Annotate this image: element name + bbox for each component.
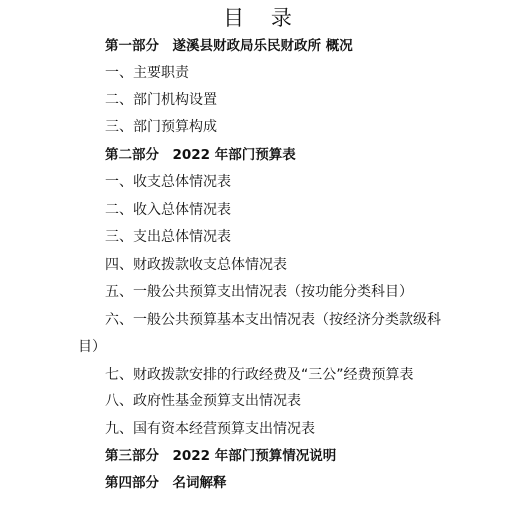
toc-item: 四、财政拨款收支总体情况表 xyxy=(105,256,287,274)
toc-item: 二、收入总体情况表 xyxy=(105,201,231,219)
toc-part-4: 第四部分 名词解释 xyxy=(105,474,227,492)
toc-item: 一、主要职责 xyxy=(105,64,189,82)
toc-item: 三、部门预算构成 xyxy=(105,118,217,136)
toc-item: 二、部门机构设置 xyxy=(105,91,217,109)
toc-part-3: 第三部分 2022 年部门预算情况说明 xyxy=(105,447,336,465)
toc-item: 六、一般公共预算基本支出情况表（按经济分类款级科 xyxy=(105,311,441,329)
toc-item: 九、国有资本经营预算支出情况表 xyxy=(105,420,315,438)
toc-part-2: 第二部分 2022 年部门预算表 xyxy=(105,146,296,164)
toc-item-wrap: 目） xyxy=(78,338,106,356)
toc-item: 三、支出总体情况表 xyxy=(105,228,231,246)
toc-item: 一、收支总体情况表 xyxy=(105,173,231,191)
toc-item: 八、政府性基金预算支出情况表 xyxy=(105,392,301,410)
toc-item: 七、财政拨款安排的行政经费及“三公”经费预算表 xyxy=(105,366,414,384)
toc-title: 目 录 xyxy=(0,4,515,32)
toc-part-1: 第一部分 遂溪县财政局乐民财政所 概况 xyxy=(105,37,353,55)
toc-item: 五、一般公共预算支出情况表（按功能分类科目） xyxy=(105,283,413,301)
